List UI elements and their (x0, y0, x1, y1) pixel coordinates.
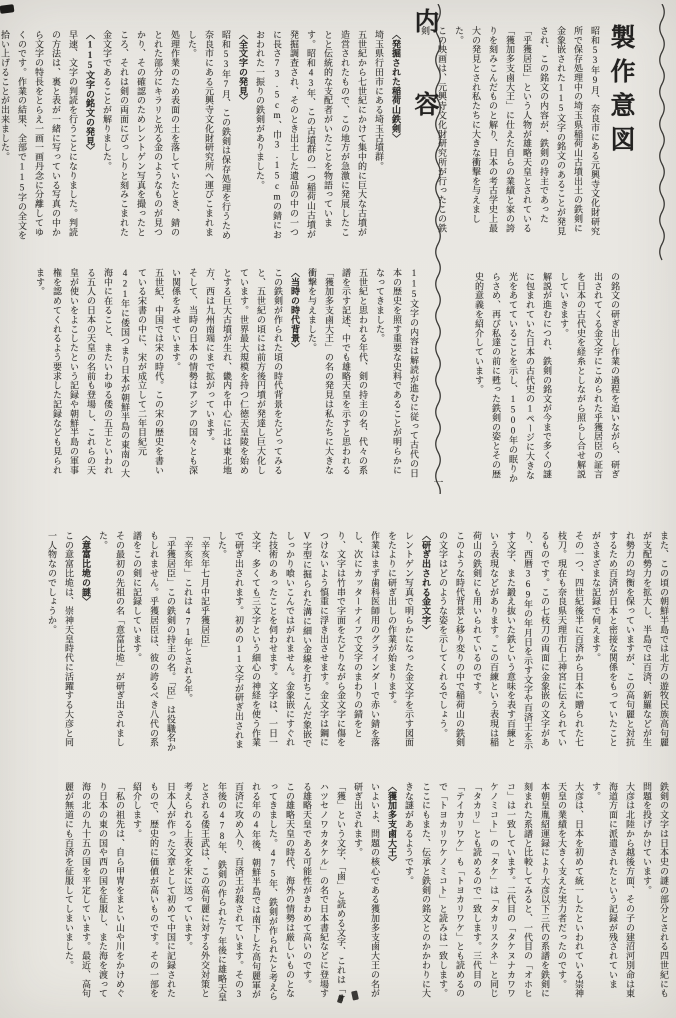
sub-heading: 〈当時の時代背景〉 (286, 268, 303, 483)
paragraph: このような時代背景と移り変りの中で稲荷山の鉄剣の文字はどのような姿を示してくれる… (434, 531, 468, 755)
sub-heading: 〈獲加多支鹵大王〉 (383, 782, 400, 1004)
sub-heading: 〈研ぎ出される金文字〉 (417, 531, 434, 755)
paragraph: その最初の先祖の名「意富比垝」が研ぎ出されました。 (94, 531, 128, 755)
paragraph: また、この頃の朝鮮半島では北方の遊牧民族高句麗が支配勢力を拡大し、半島では百済、… (587, 531, 672, 755)
section-heading-seisaku-ito: 製作意図 (602, 24, 638, 160)
paragraph: 五世紀、中国では宋の時代。この宋の歴史を書いている宋書の中に、宋が成立して二年目… (31, 268, 167, 483)
paragraph: いよいよ、問題の核心である獲加多支鹵大王の名が研ぎ出されます。 (349, 782, 383, 1004)
paragraph: 昭和53年7月、この鉄剣は保存処理を行うため奈良市にある元興寺文化財研究所へ運び… (183, 30, 234, 242)
sub-heading: 〈発掘された稲荷山鉄剣〉 (387, 30, 404, 242)
paragraph: 五世紀から七世紀にかけて集中的に巨大な古墳が造営されたもので、この地方が急激に発… (251, 30, 370, 242)
paragraph: レントゲン写真で明らかになった金文字を示す図面をたよりに研ぎ出しの作業が始まりま… (383, 531, 417, 755)
scanned-document-page: 製作意図 昭和53年9月、奈良市にある元興寺文化財研究所で保存処理中の埼玉県稲荷… (0, 0, 676, 1018)
seisaku-ito-band-1: 昭和53年9月、奈良市にある元興寺文化財研究所で保存処理中の埼玉県稲荷山古墳出土… (438, 26, 603, 236)
inscription-quote: 「辛亥年七月中記乎獲居臣」 (196, 531, 213, 755)
naiyou-band-1: 〈発掘された稲荷山鉄剣〉 埼玉県行田市にある埼玉古墳群。 五世紀から七世紀にかけ… (13, 30, 404, 242)
sub-heading: 〈115文字の銘文の発見〉 (81, 30, 98, 242)
naiyou-band-3: また、この頃の朝鮮半島では北方の遊牧民族高句麗が支配勢力を拡大し、半島では百済、… (10, 531, 672, 755)
paragraph: 「辛亥年」これは471年とされる年。 (179, 531, 196, 755)
paragraph: 日本人が作った文章として初めて中国に記録されたもので、歴史的に価値が高いものです… (128, 782, 179, 1004)
page-number: 一 (429, 477, 444, 487)
scan-ink-mark (0, 4, 14, 14)
paragraph: 早速、文字の判読を行うことになりました。判読の方法は、裏と表が一緒に写っている写… (0, 30, 81, 242)
section-heading-naiyou: 内容 (406, 8, 442, 174)
upper-memorial-quote: 「私の祖先は、自ら甲冑をまとい山や川をかけめぐり日本の東の国や西の国を征服し、ま… (60, 782, 128, 1004)
paragraph: この意富比垝は、崇神天皇時代に活躍する大彦と同一人物なのでしょうか。 (43, 531, 77, 755)
wavy-rule (656, 4, 668, 262)
paragraph: 五世紀と思われる年代、剣の持主の名、代々の系譜を示す記述、中でも雄略天皇を示すと… (303, 268, 371, 483)
paragraph: 大彦は、日本を初めて統一したといわれている崇神天皇の業績を大きく支えた実力者だっ… (553, 782, 587, 1004)
paragraph: この雄略天皇の時代、海外の情勢は厳しいものとなってきました。475年、鉄剣が作ら… (179, 782, 298, 1004)
paragraph: この鉄剣が作られた頃の時代背景をたどってみると、五世紀の頃には前方後円墳が発達し… (201, 268, 286, 483)
paragraph: 処理作業のため表面の土を落していたとき、錆のとれた部分にキラリと光る金のようなも… (98, 30, 183, 242)
paragraph: 解説が進むにつれ、鉄剣の銘文が今まで多くの謎に包まれていた日本の古代史の1ページ… (470, 272, 555, 484)
paragraph: 115文字の内容は解読が進むに従って古代の日本の歴史を照す重要な史料であることが… (371, 268, 422, 483)
paragraph: 大彦は北陸から越後方面、その子の建沼河別命は東海道方面に派遣されたという記録が残… (587, 782, 638, 1004)
naiyou-band-2: 115文字の内容は解読が進むに従って古代の日本の歴史を照す重要な史料であることが… (16, 268, 422, 483)
naiyou-band-4: 鉄剣の文字は日本史の謎の部分とされる四世紀にも問題を投げかけています。 大彦は北… (8, 782, 672, 1004)
paragraph: 「乎獲居臣」この鉄剣の持主の名。「臣」は役職名かもしれません。乎獲居臣は、彼の誇… (128, 531, 179, 755)
paragraph: 埼玉県行田市にある埼玉古墳群。 (370, 30, 387, 242)
paragraph: 昭和53年9月、奈良市にある元興寺文化財研究所で保存処理中の埼玉県稲荷山古墳出土… (450, 26, 603, 236)
paragraph: 作業はまず歯科医師用のグラインダーで赤い錆を落し、次にカッターナイフで文字のまわ… (213, 531, 383, 755)
paragraph: 鉄剣の文字は日本史の謎の部分とされる四世紀にも問題を投げかけています。 (638, 782, 672, 1004)
paragraph: 「獲」という文字、「鹵」と読める文字、これは「オハツセノワカタケル」の名で日本書… (298, 782, 349, 1004)
paragraph: の銘文の研ぎ出し作業の過程を追いながら、研ぎ出されてくる金文字にこめられた乎獲居… (555, 272, 623, 484)
paragraph: 本朝皇胤紹運録により大彦以下三代の系譜を鉄剣に刻まれた系譜と比較してみると、一代… (400, 782, 553, 1004)
sub-heading: 〈全文字の発見〉 (234, 30, 251, 242)
paragraph: そして、当時の日本の情勢はアジアの国々とも深い関係をみせています。 (167, 268, 201, 483)
paragraph: その一つ、四世紀後半に百済から日本に贈られた七枝刀。現在も奈良県天理市石上神宮に… (468, 531, 587, 755)
sub-heading: 〈意富比垝の謎〉 (77, 531, 94, 755)
seisaku-ito-band-2: の銘文の研ぎ出し作業の過程を追いながら、研ぎ出されてくる金文字にこめられた乎獲居… (445, 272, 623, 484)
